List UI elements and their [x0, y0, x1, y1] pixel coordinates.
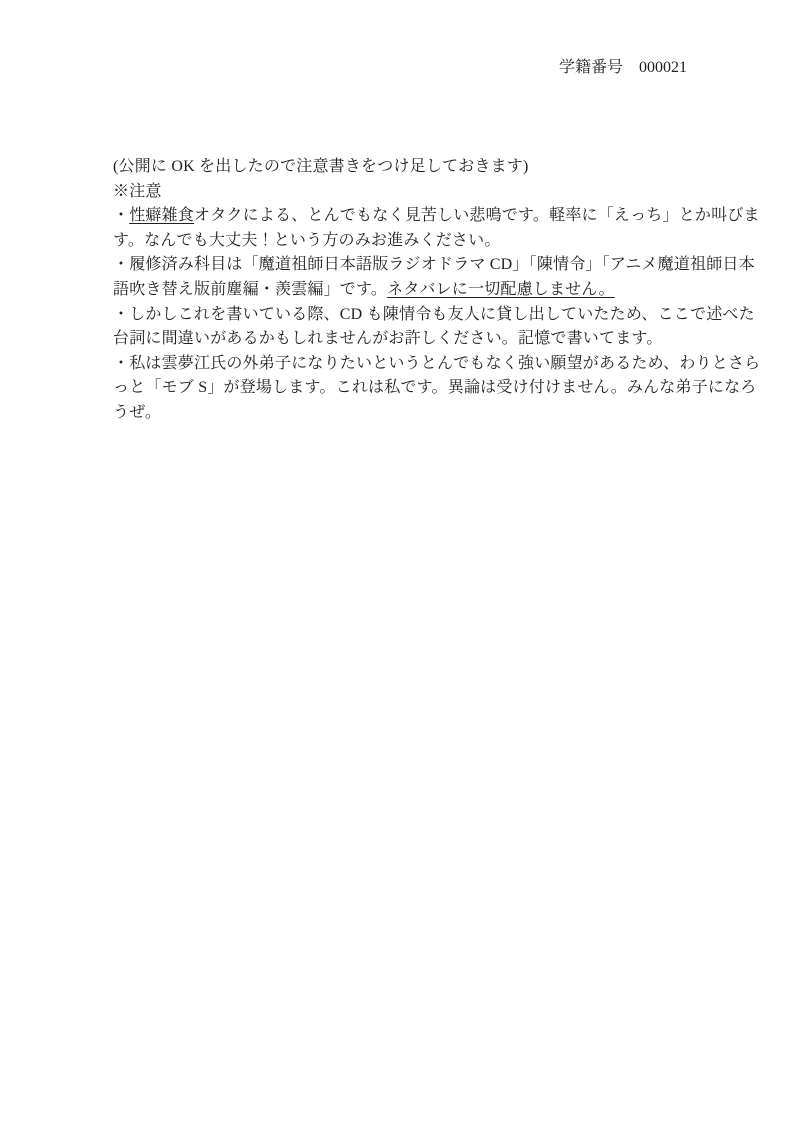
warning-item-otaku-line-2: す。なんでも大丈夫！という方のみお進みください。	[113, 229, 693, 254]
warning-item-otaku-line-1: ・性癖雑食オタクによる、とんでもなく見苦しい悲鳴です。軽率に「えっち」とか叫びま	[113, 204, 693, 229]
underlined-omnivorous-taste-text: 性癖雑食	[129, 207, 194, 224]
notice-text-block: (公開に OK を出したので注意書きをつけ足しておきます) ※注意 ・性癖雑食オ…	[113, 155, 693, 426]
mob-character-note-line-1: ・私は雲夢江氏の外弟子になりたいというとんでもなく強い願望があるため、わりとさら	[113, 352, 693, 377]
mob-character-note-line-2: っと「モブ S」が登場します。これは私です。異論は受け付けません。みんな弟子にな…	[113, 376, 693, 401]
lent-out-note-line-1: ・しかしこれを書いている際、CD も陳情令も友人に貸し出していたため、ここで述べ…	[113, 303, 693, 328]
mob-character-note-line-3: うぜ。	[113, 401, 693, 426]
public-ok-note-line: (公開に OK を出したので注意書きをつけ足しておきます)	[113, 155, 693, 180]
lent-out-note-line-2: 台詞に間違いがあるかもしれませんがお許しください。記憶で書いてます。	[113, 327, 693, 352]
student-id-label: 学籍番号	[559, 59, 623, 76]
warning-item-otaku-rest-text: オタクによる、とんでもなく見苦しい悲鳴です。軽率に「えっち」とか叫びま	[194, 207, 760, 224]
underlined-spoiler-warning-text: ネタバレに一切配慮しません。	[387, 281, 615, 298]
document-page: 学籍番号000021 (公開に OK を出したので注意書きをつけ足しておきます)…	[0, 0, 800, 1131]
student-id-value: 000021	[639, 59, 687, 76]
student-id-header: 学籍番号000021	[559, 57, 687, 78]
completed-subjects-line-2: 語吹き替え版前塵編・羨雲編」です。ネタバレに一切配慮しません。	[113, 278, 693, 303]
completed-subjects-tail-text: 語吹き替え版前塵編・羨雲編」です。	[113, 281, 387, 298]
bullet-dot: ・	[113, 207, 129, 224]
notice-heading: ※注意	[113, 180, 693, 205]
completed-subjects-line-1: ・履修済み科目は「魔道祖師日本語版ラジオドラマ CD」「陳情令」「アニメ魔道祖師…	[113, 253, 693, 278]
